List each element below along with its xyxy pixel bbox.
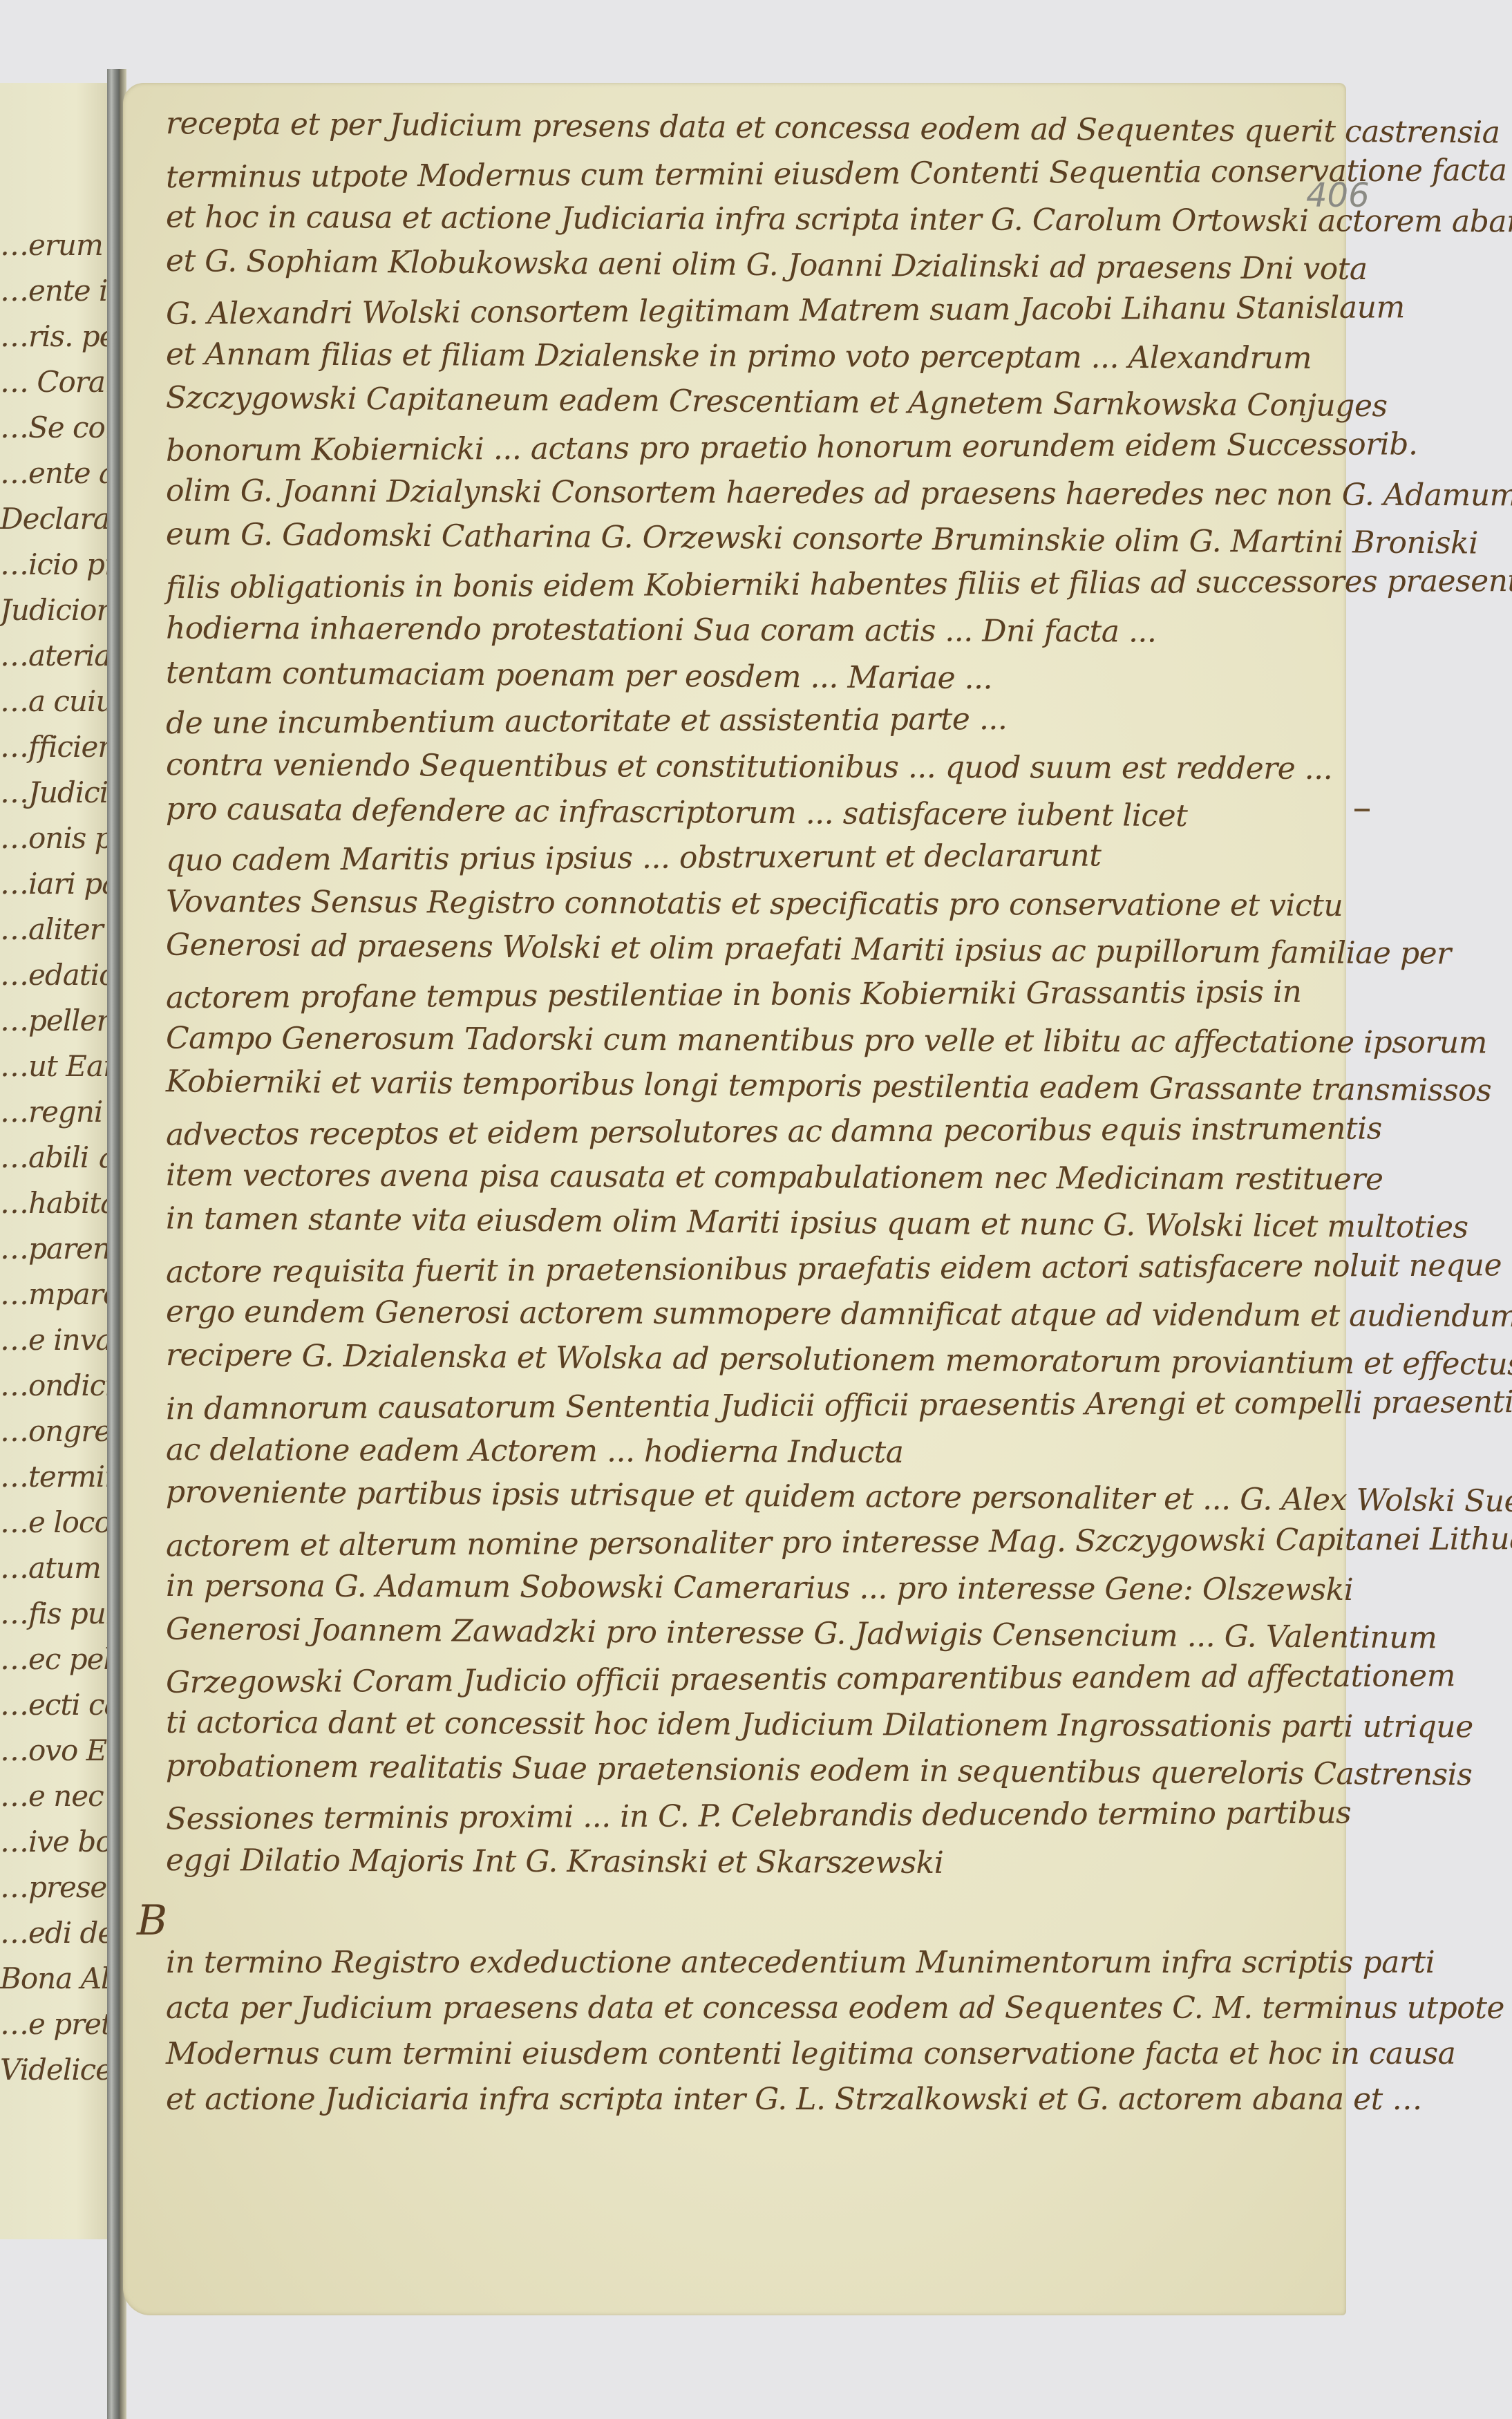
left-page-line: Declarat Sep… [0, 502, 109, 536]
manuscript-line: advectos receptos et eidem persolutores … [166, 1111, 1382, 1152]
left-page-line: …e invalidis… [0, 1323, 109, 1357]
manuscript-line: bonorum Kobiernicki ... actans pro praet… [166, 426, 1418, 468]
manuscript-line: in tamen stante vita eiusdem olim Mariti… [166, 1201, 1468, 1245]
manuscript-line: proveniente partibus ipsis utrisque et q… [166, 1474, 1512, 1519]
left-page-line: …ongregatori… [0, 1414, 109, 1448]
left-page-line: …fficiens Judi… [0, 730, 109, 764]
manuscript-line: actorem profane tempus pestilentiae in b… [166, 975, 1302, 1016]
manuscript-line: Campo Generosum Tadorski cum manentibus … [166, 1021, 1487, 1061]
left-page-line: …habita M… [0, 1186, 109, 1220]
manuscript-line: item vectores avena pisa causata et comp… [166, 1158, 1383, 1197]
left-page-line: …ec pellep… [0, 1642, 109, 1676]
left-page-line: …e loco publi… [0, 1505, 109, 1539]
left-page-line: …edatiorum… [0, 958, 109, 992]
manuscript-line: actorem et alterum nomine personaliter p… [166, 1521, 1512, 1564]
manuscript-line: in persona G. Adamum Sobowski Camerarius… [166, 1568, 1353, 1608]
left-page-line: …erum Causatorum [0, 228, 109, 262]
margin-mark [1354, 809, 1370, 811]
manuscript-line: probationem realitatis Suae praetensioni… [166, 1748, 1473, 1792]
manuscript-line: Generosi Joannem Zawadzki pro interesse … [166, 1612, 1437, 1656]
left-page-line: …Judicii pra… [0, 775, 109, 809]
manuscript-line: G. Alexandri Wolski consortem legitimam … [166, 290, 1405, 331]
left-page-line: …ateriale Sen… [0, 639, 109, 672]
manuscript-line: contra veniendo Sequentibus et constitut… [166, 747, 1332, 787]
left-page-line: …pellere bona… [0, 1004, 109, 1037]
manuscript-line: ac delatione eadem Actorem ... hodierna … [166, 1432, 904, 1470]
manuscript-line: in damnorum causatorum Sententia Judicii… [166, 1384, 1512, 1427]
folio-number: 406 [1306, 176, 1370, 215]
manuscript-line: Kobierniki et variis temporibus longi te… [166, 1064, 1492, 1108]
left-page-line: …onis perpetu… [0, 821, 109, 855]
left-page-line: …terminus… [0, 1460, 109, 1494]
manuscript-line: et Annam filias et filiam Dzialenske in … [166, 337, 1312, 376]
manuscript-line: Szczygowski Capitaneum eadem Crescentiam… [166, 380, 1388, 424]
left-page-line: …edi de Bre… [0, 1916, 109, 1950]
left-page-line: …ovo Eande… [0, 1733, 109, 1767]
manuscript-line: in termino Registro exdeductione anteced… [166, 1945, 1435, 1980]
manuscript-line: recepta et per Judicium presens data et … [166, 106, 1512, 151]
manuscript-line: filis obligationis in bonis eidem Kobier… [166, 563, 1512, 606]
left-page-line: …ondicioni… [0, 1368, 109, 1402]
left-page-line: …iari particular… [0, 867, 109, 901]
left-page-line: …ut Eande… [0, 1049, 109, 1083]
left-page-line: …parentibus… [0, 1232, 109, 1265]
manuscript-line: eum G. Gadomski Catharina G. Orzewski co… [166, 516, 1478, 561]
manuscript-line: Generosi ad praesens Wolski et olim prae… [166, 928, 1451, 972]
left-page-line: Judiciorum pro… [0, 593, 109, 627]
manuscript-line: de une incumbentium auctoritate et assis… [166, 702, 1008, 741]
manuscript-page: recepta et per Judicium presens data et … [123, 83, 1346, 2315]
left-page-line: …Se condemnan… [0, 411, 109, 444]
manuscript-line: Sessiones terminis proximi ... in C. P. … [166, 1796, 1351, 1837]
left-page-line: …atum publi… [0, 1551, 109, 1585]
left-facing-page: …erum Causatorum…ente inde impo……ris. pe… [0, 83, 109, 2239]
manuscript-line: et actione Judiciaria infra scripta inte… [166, 2082, 1422, 2117]
left-page-line: …icio praesentis… [0, 547, 109, 581]
left-page-line: … Coram Judi… [0, 365, 109, 399]
entry-initial: B [137, 1896, 167, 1945]
left-page-line: …e pretenta… [0, 2007, 109, 2041]
left-page-line: …ente ad Suffic… [0, 456, 109, 490]
book-spine-gutter [107, 69, 120, 2419]
left-page-line: …ive bonis… [0, 1825, 109, 1858]
left-page-line: …abili quid… [0, 1140, 109, 1174]
manuscript-line: olim G. Joanni Dzialynski Consortem haer… [166, 473, 1512, 514]
manuscript-line: ti actorica dant et concessit hoc idem J… [166, 1705, 1473, 1745]
left-page-line: …aliter extr… [0, 912, 109, 946]
left-page-line: …presentib… [0, 1870, 109, 1904]
manuscript-line: Modernus cum termini eiusdem contenti le… [166, 2036, 1455, 2071]
manuscript-line: et G. Sophiam Klobukowska aeni olim G. J… [166, 243, 1368, 287]
left-page-line: …ris. personalit… [0, 319, 109, 353]
left-page-line: …ecti cadem… [0, 1688, 109, 1722]
manuscript-line: hodierna inhaerendo protestationi Sua co… [166, 610, 1157, 649]
manuscript-line: acta per Judicium praesens data et conce… [166, 1990, 1504, 2026]
manuscript-line: tentam contumaciam poenam per eosdem ...… [166, 655, 992, 696]
manuscript-line: pro causata defendere ac infrascriptorum… [166, 791, 1188, 834]
manuscript-line: Grzegowski Coram Judicio officii praesen… [166, 1658, 1455, 1700]
left-page-line: Bona Alic… [0, 1961, 109, 1995]
manuscript-line: recipere G. Dzialenska et Wolska ad pers… [166, 1337, 1512, 1382]
left-page-line: …e nec pres… [0, 1779, 109, 1813]
left-page-line: …a cuius form… [0, 684, 109, 718]
manuscript-line: quo cadem Maritis prius ipsius ... obstr… [166, 838, 1102, 878]
manuscript-line: ergo eundem Generosi actorem summopere d… [166, 1294, 1512, 1334]
manuscript-line: Vovantes Sensus Registro connotatis et s… [166, 884, 1343, 923]
left-page-line: Videlicet … [0, 2053, 109, 2087]
left-page-line: …fis publicati… [0, 1597, 109, 1630]
left-page-line: …mparentes… [0, 1277, 109, 1311]
manuscript-line: actore requisita fuerit in praetensionib… [166, 1248, 1512, 1290]
manuscript-line: eggi Dilatio Majoris Int G. Krasinski et… [166, 1843, 943, 1881]
left-page-line: …regni Gener… [0, 1095, 109, 1129]
left-page-line: …ente inde impo… [0, 274, 109, 308]
